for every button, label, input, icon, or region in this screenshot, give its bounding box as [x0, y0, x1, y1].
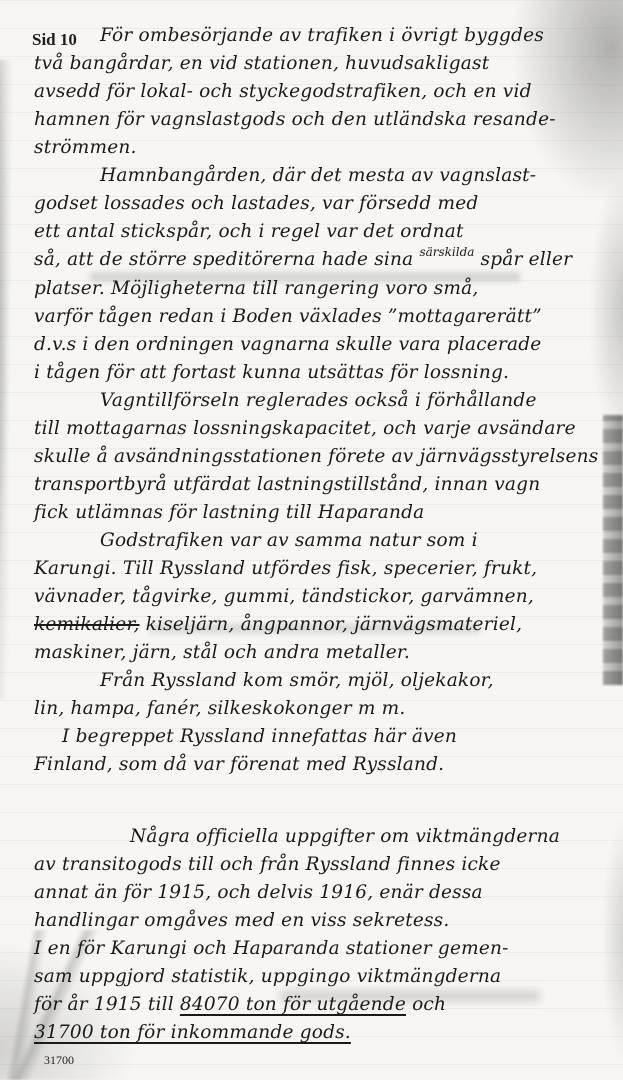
handwritten-line: av transitogods till och från Ryssland f… — [34, 851, 609, 879]
text-segment: varför tågen redan i Boden växlades ”mot… — [34, 306, 542, 327]
text-segment: fick utlämnas för lastning till Haparand… — [34, 502, 424, 523]
text-segment: handlingar omgåves med en viss sekretess… — [34, 910, 449, 931]
text-segment: Från Ryssland kom smör, mjöl, oljekakor, — [100, 670, 494, 691]
handwritten-line: i tågen för att fortast kunna utsättas f… — [34, 359, 609, 387]
text-underline: 31700 ton för inkommande gods. — [34, 1022, 351, 1043]
text-segment: Godstrafiken var av samma natur som i — [100, 530, 478, 551]
handwritten-line: hamnen för vagnslastgods och den utländs… — [34, 106, 609, 134]
handwritten-line: Några officiella uppgifter om viktmängde… — [34, 823, 609, 851]
handwritten-line: varför tågen redan i Boden växlades ”mot… — [34, 303, 609, 331]
handwritten-line: För ombesörjande av trafiken i övrigt by… — [34, 22, 609, 50]
text-segment: av transitogods till och från Ryssland f… — [34, 854, 501, 875]
text-segment: I en för Karungi och Haparanda stationer… — [34, 938, 509, 959]
manuscript: För ombesörjande av trafiken i övrigt by… — [34, 22, 609, 1047]
handwritten-line: annat än för 1915, och delvis 1916, enär… — [34, 879, 609, 907]
handwritten-line: sam uppgjord statistik, uppgingo viktmän… — [34, 963, 609, 991]
handwritten-line: fick utlämnas för lastning till Haparand… — [34, 499, 609, 527]
text-segment: strömmen. — [34, 137, 137, 158]
text-strike: kemikalier, — [34, 614, 140, 635]
handwritten-line: maskiner, järn, stål och andra metaller. — [34, 639, 609, 667]
text-insert: särskilda — [419, 238, 474, 266]
handwritten-line: Finland, som då var förenat med Ryssland… — [34, 751, 609, 779]
text-segment: till mottagarnas lossningskapacitet, och… — [34, 418, 576, 439]
paragraph: För ombesörjande av trafiken i övrigt by… — [34, 22, 609, 162]
text-segment: för år 1915 till — [34, 994, 180, 1015]
scanned-manuscript-page: Sid 10 För ombesörjande av trafiken i öv… — [0, 0, 623, 1080]
paragraph: Från Ryssland kom smör, mjöl, oljekakor,… — [34, 667, 609, 723]
paragraph: Vagntillförseln reglerades också i förhå… — [34, 387, 609, 527]
handwritten-line: I begreppet Ryssland innefattas här även — [34, 723, 609, 751]
handwritten-line: Godstrafiken var av samma natur som i — [34, 527, 609, 555]
text-segment: transportbyrå utfärdat lastningstillstån… — [34, 474, 540, 495]
handwritten-line: kemikalier, kiseljärn, ångpannor, järnvä… — [34, 611, 609, 639]
text-segment: ett antal stickspår, och i regel var det… — [34, 221, 464, 242]
text-segment: Finland, som då var förenat med Ryssland… — [34, 754, 444, 775]
text-segment: hamnen för vagnslastgods och den utländs… — [34, 109, 556, 130]
handwritten-line: vävnader, tågvirke, gummi, tändstickor, … — [34, 583, 609, 611]
handwritten-line: för år 1915 till 84070 ton för utgående … — [34, 991, 609, 1019]
text-segment: vävnader, tågvirke, gummi, tändstickor, … — [34, 586, 534, 607]
text-segment: spår eller — [474, 249, 572, 270]
text-segment: platser. Möjligheterna till rangering vo… — [34, 278, 478, 299]
text-segment: Vagntillförseln reglerades också i förhå… — [100, 390, 537, 411]
handwritten-line: Karungi. Till Ryssland utfördes fisk, sp… — [34, 555, 609, 583]
text-segment: kiseljärn, ångpannor, järnvägsmateriel, — [140, 614, 523, 635]
handwritten-line: ett antal stickspår, och i regel var det… — [34, 218, 609, 246]
text-segment: och — [406, 994, 446, 1015]
handwritten-line: handlingar omgåves med en viss sekretess… — [34, 907, 609, 935]
text-segment: I begreppet Ryssland innefattas här även — [62, 726, 457, 747]
text-segment: två bangårdar, en vid stationen, huvudsa… — [34, 53, 489, 74]
text-segment: lin, hampa, fanér, silkeskokonger m m. — [34, 698, 406, 719]
handwritten-line: skulle å avsändningsstationen förete av … — [34, 443, 609, 471]
handwritten-line: I en för Karungi och Haparanda stationer… — [34, 935, 609, 963]
text-segment: godset lossades och lastades, var försed… — [34, 193, 478, 214]
paragraph: Godstrafiken var av samma natur som iKar… — [34, 527, 609, 667]
text-segment: Hamnbangården, där det mesta av vagnslas… — [100, 165, 536, 186]
text-segment: i tågen för att fortast kunna utsättas f… — [34, 362, 509, 383]
handwritten-line: transportbyrå utfärdat lastningstillstån… — [34, 471, 609, 499]
paragraph: Några officiella uppgifter om viktmängde… — [34, 823, 609, 935]
handwritten-line: Från Ryssland kom smör, mjöl, oljekakor, — [34, 667, 609, 695]
handwritten-line: så, att de större speditörerna hade sina… — [34, 246, 609, 275]
text-segment: annat än för 1915, och delvis 1916, enär… — [34, 882, 483, 903]
scan-smudge-left-edge — [0, 60, 16, 700]
handwritten-line: lin, hampa, fanér, silkeskokonger m m. — [34, 695, 609, 723]
handwritten-line: 31700 ton för inkommande gods. — [34, 1019, 609, 1047]
handwritten-line: till mottagarnas lossningskapacitet, och… — [34, 415, 609, 443]
text-segment: avsedd för lokal- och styckegodstrafiken… — [34, 81, 532, 102]
text-segment: så, att de större speditörerna hade sina — [34, 249, 419, 270]
handwritten-line: Hamnbangården, där det mesta av vagnslas… — [34, 162, 609, 190]
handwritten-line: d.v.s i den ordningen vagnarna skulle va… — [34, 331, 609, 359]
handwritten-line: godset lossades och lastades, var försed… — [34, 190, 609, 218]
handwritten-line: avsedd för lokal- och styckegodstrafiken… — [34, 78, 609, 106]
text-segment: Några officiella uppgifter om viktmängde… — [130, 826, 560, 847]
text-underline: 84070 ton för utgående — [180, 994, 406, 1015]
handwritten-line: platser. Möjligheterna till rangering vo… — [34, 275, 609, 303]
handwritten-line: strömmen. — [34, 134, 609, 162]
handwritten-line: Vagntillförseln reglerades också i förhå… — [34, 387, 609, 415]
paragraph: Hamnbangården, där det mesta av vagnslas… — [34, 162, 609, 387]
text-segment: För ombesörjande av trafiken i övrigt by… — [100, 25, 544, 46]
archival-number-label: 31700 — [44, 1053, 74, 1068]
paragraph: I begreppet Ryssland innefattas här även… — [34, 723, 609, 779]
text-segment: d.v.s i den ordningen vagnarna skulle va… — [34, 334, 541, 355]
paragraph: I en för Karungi och Haparanda stationer… — [34, 935, 609, 1047]
text-segment: sam uppgjord statistik, uppgingo viktmän… — [34, 966, 501, 987]
text-segment: Karungi. Till Ryssland utfördes fisk, sp… — [34, 558, 537, 579]
handwritten-line: två bangårdar, en vid stationen, huvudsa… — [34, 50, 609, 78]
text-segment: maskiner, järn, stål och andra metaller. — [34, 642, 410, 663]
text-segment: skulle å avsändningsstationen förete av … — [34, 446, 598, 467]
